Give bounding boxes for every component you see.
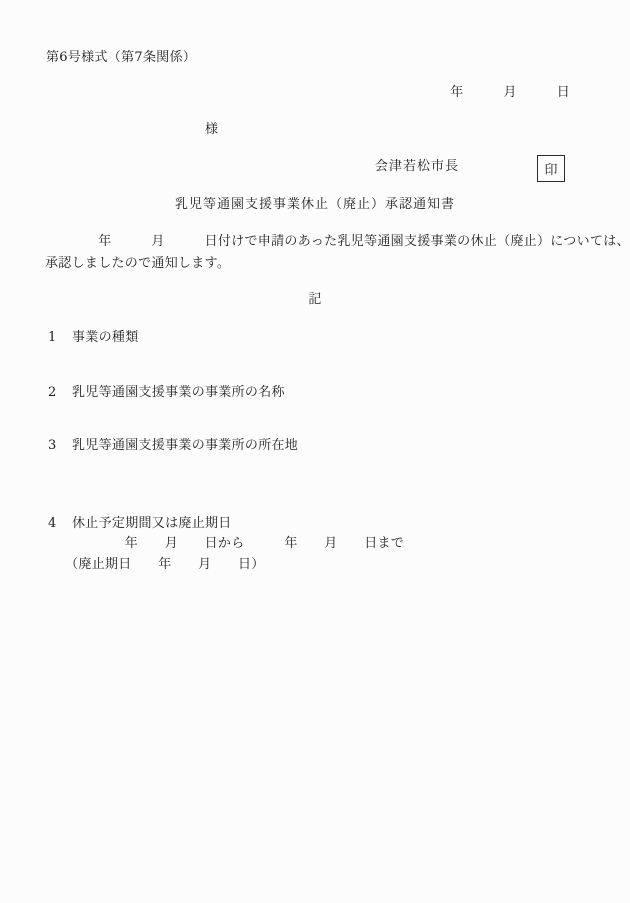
item-4-label: 休止予定期間又は廃止期日 [72, 516, 232, 531]
item-3-number: 3 [48, 438, 72, 453]
list-item-4: 4 休止予定期間又は廃止期日 [48, 516, 232, 531]
seal-box: 印 [537, 155, 565, 182]
item-1-number: 1 [48, 330, 72, 345]
item-4-period-blanks: 年 月 日から 年 月 日まで [45, 536, 404, 551]
list-item-1: 1 事業の種類 [48, 330, 139, 345]
issue-date-blanks: 年 月 日 [450, 85, 570, 100]
sender-mayor-name: 会津若松市長 [375, 159, 459, 174]
item-4-abolition-date-blanks: （廃止期日 年 月 日） [45, 557, 265, 572]
ki-marker: 記 [0, 292, 630, 307]
item-2-label: 乳児等通園支援事業の事業所の名称 [72, 385, 285, 400]
body-paragraph-line1: 年 月 日付けで申請のあった乳児等通園支援事業の休止（廃止）については、 [45, 234, 630, 249]
list-item-2: 2 乳児等通園支援事業の事業所の名称 [48, 385, 285, 400]
item-1-label: 事業の種類 [72, 330, 139, 345]
document-title: 乳児等通園支援事業休止（廃止）承認通知書 [0, 197, 630, 212]
body-paragraph-line2: 承認しましたので通知します。 [45, 256, 230, 271]
seal-placeholder-label: 印 [544, 159, 557, 178]
addressee-honorific: 様 [205, 122, 218, 137]
item-4-number: 4 [48, 516, 72, 531]
document-page: 第6号様式（第7条関係） 年 月 日 様 会津若松市長 印 乳児等通園支援事業休… [0, 0, 630, 903]
form-number: 第6号様式（第7条関係） [46, 50, 196, 65]
item-2-number: 2 [48, 385, 72, 400]
list-item-3: 3 乳児等通園支援事業の事業所の所在地 [48, 438, 298, 453]
item-3-label: 乳児等通園支援事業の事業所の所在地 [72, 438, 298, 453]
